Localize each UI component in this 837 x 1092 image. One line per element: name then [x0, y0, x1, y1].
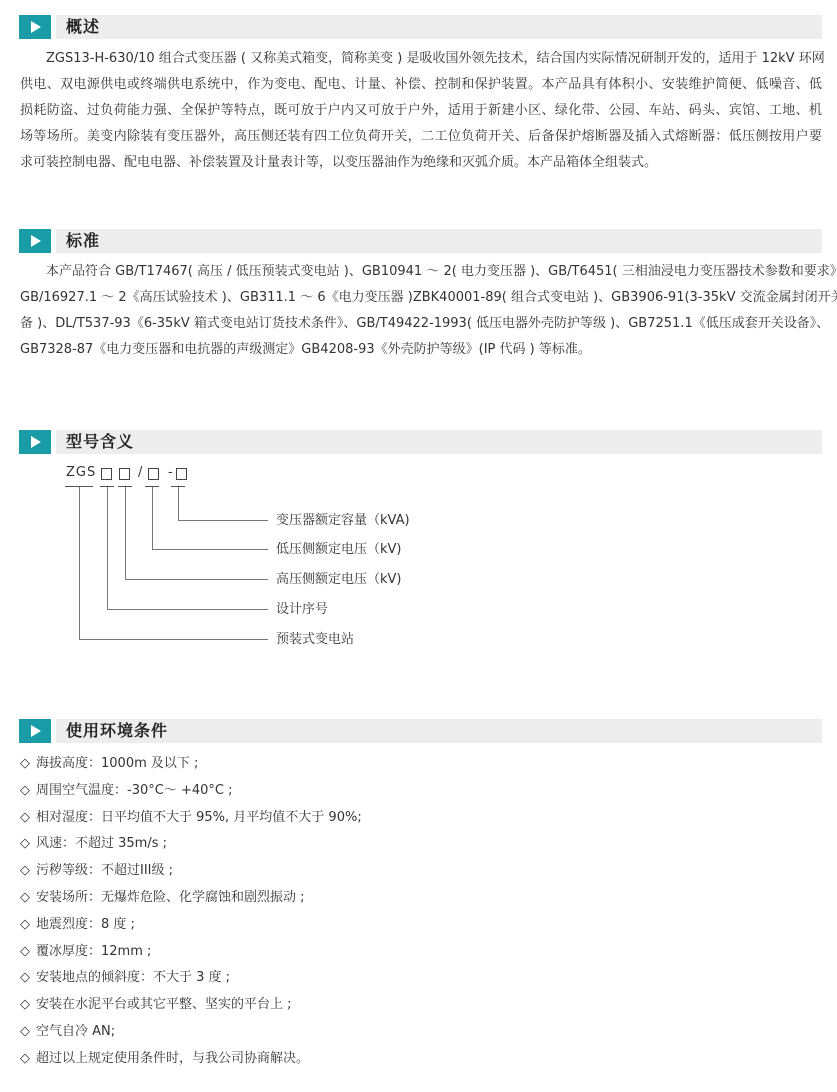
- paragraph-line: 场等场所。美变内除装有变压器外，高压侧还装有四工位负荷开关，二工位负荷开关、后备…: [20, 124, 822, 150]
- paragraph-line: 损耗防盗、过负荷能力强、全保护等特点，既可放于户内又可放于户外，适用于新建小区、…: [20, 98, 822, 124]
- legend-design-serial: 设计序号: [276, 601, 328, 619]
- section-title: 标准: [66, 230, 100, 252]
- header-bar: [56, 229, 822, 253]
- paragraph-line: 供电、双电源供电或终端供电系统中，作为变电、配电、计量、补偿、控制和保护装置。本…: [20, 72, 822, 98]
- header-bar: [56, 430, 822, 454]
- connector-line: [152, 549, 268, 550]
- conditions-list: ◇海拔高度：1000m 及以下 ; ◇周围空气温度：-30°C～ +40°C ;…: [20, 751, 822, 1073]
- placeholder-box-icon: [101, 468, 112, 480]
- list-item-text: 安装在水泥平台或其它平整、坚实的平台上 ;: [36, 997, 292, 1012]
- section-header-overview: 概述: [19, 15, 822, 39]
- header-bar: [56, 719, 822, 743]
- list-item-text: 海拔高度：1000m 及以下 ;: [36, 756, 198, 771]
- list-item-text: 污秽等级：不超过III级 ;: [36, 863, 173, 878]
- diamond-bullet-icon: ◇: [20, 778, 34, 805]
- list-item-text: 覆冰厚度：12mm ;: [36, 944, 151, 959]
- list-item: ◇风速：不超过 35m/s ;: [20, 831, 822, 858]
- list-item-text: 风速：不超过 35m/s ;: [36, 836, 167, 851]
- list-item-text: 周围空气温度：-30°C～ +40°C ;: [36, 783, 232, 798]
- paragraph-line: 求可装控制电器、配电电器、补偿装置及计量表计等，以变压器油作为绝缘和灭弧介质。本…: [20, 150, 822, 176]
- diamond-bullet-icon: ◇: [20, 1019, 34, 1046]
- section-header-model-meaning: 型号含义: [19, 430, 822, 454]
- placeholder-box-icon: [176, 468, 187, 480]
- diamond-bullet-icon: ◇: [20, 751, 34, 778]
- list-item-text: 安装地点的倾斜度：不大于 3 度 ;: [36, 970, 230, 985]
- section-title: 概述: [66, 16, 100, 38]
- model-code-slash: /: [138, 463, 143, 483]
- paragraph-line: ZGS13-H-630/10 组合式变压器 ( 又称美式箱变，简称美变 ) 是吸…: [20, 46, 822, 72]
- diamond-bullet-icon: ◇: [20, 912, 34, 939]
- list-item: ◇安装场所：无爆炸危险、化学腐蚀和剧烈振动 ;: [20, 885, 822, 912]
- placeholder-box-icon: [148, 468, 159, 480]
- overview-paragraph: ZGS13-H-630/10 组合式变压器 ( 又称美式箱变，简称美变 ) 是吸…: [20, 46, 822, 176]
- connector-line: [125, 487, 126, 580]
- diamond-bullet-icon: ◇: [20, 1046, 34, 1073]
- list-item: ◇海拔高度：1000m 及以下 ;: [20, 751, 822, 778]
- connector-line: [79, 639, 268, 640]
- legend-high-voltage: 高压侧额定电压（kV): [276, 571, 402, 589]
- model-code-prefix: ZGS: [66, 463, 96, 483]
- paragraph-line: GB7328-87《电力变压器和电抗器的声级测定》GB4208-93《外壳防护等…: [20, 337, 822, 363]
- header-bar: [56, 15, 822, 39]
- diamond-bullet-icon: ◇: [20, 858, 34, 885]
- list-item-text: 安装场所：无爆炸危险、化学腐蚀和剧烈振动 ;: [36, 890, 305, 905]
- list-item-text: 相对湿度：日平均值不大于 95%, 月平均值不大于 90%;: [36, 810, 362, 825]
- diamond-bullet-icon: ◇: [20, 992, 34, 1019]
- play-arrow-icon: [19, 719, 51, 743]
- play-arrow-icon: [19, 229, 51, 253]
- connector-line: [152, 487, 153, 550]
- connector-line: [79, 487, 80, 640]
- list-item: ◇相对湿度：日平均值不大于 95%, 月平均值不大于 90%;: [20, 805, 822, 832]
- diamond-bullet-icon: ◇: [20, 805, 34, 832]
- play-arrow-icon: [19, 15, 51, 39]
- paragraph-line: 本产品符合 GB/T17467( 高压 / 低压预装式变电站 )、GB10941…: [20, 259, 822, 285]
- list-item: ◇地震烈度：8 度 ;: [20, 912, 822, 939]
- legend-rated-capacity: 变压器额定容量（kVA): [276, 512, 410, 530]
- list-item: ◇污秽等级：不超过III级 ;: [20, 858, 822, 885]
- paragraph-line: 备 )、DL/T537-93《6-35kV 箱式变电站订货技术条件》、GB/T4…: [20, 311, 822, 337]
- section-title: 使用环境条件: [66, 720, 168, 742]
- connector-line: [107, 487, 108, 610]
- connector-line: [107, 609, 268, 610]
- legend-prefab-substation: 预装式变电站: [276, 631, 354, 649]
- list-item: ◇覆冰厚度：12mm ;: [20, 939, 822, 966]
- list-item: ◇安装在水泥平台或其它平整、坚实的平台上 ;: [20, 992, 822, 1019]
- list-item-text: 超过以上规定使用条件时，与我公司协商解决。: [36, 1051, 309, 1066]
- connector-line: [125, 579, 268, 580]
- connector-line: [178, 520, 268, 521]
- play-arrow-icon: [19, 430, 51, 454]
- standards-paragraph: 本产品符合 GB/T17467( 高压 / 低压预装式变电站 )、GB10941…: [20, 259, 822, 363]
- diamond-bullet-icon: ◇: [20, 965, 34, 992]
- legend-low-voltage: 低压侧额定电压（kV): [276, 541, 402, 559]
- list-item-text: 地震烈度：8 度 ;: [36, 917, 135, 932]
- section-header-conditions: 使用环境条件: [19, 719, 822, 743]
- list-item-text: 空气自冷 AN;: [36, 1024, 115, 1039]
- list-item: ◇空气自冷 AN;: [20, 1019, 822, 1046]
- list-item: ◇周围空气温度：-30°C～ +40°C ;: [20, 778, 822, 805]
- diamond-bullet-icon: ◇: [20, 939, 34, 966]
- list-item: ◇安装地点的倾斜度：不大于 3 度 ;: [20, 965, 822, 992]
- placeholder-box-icon: [119, 468, 130, 480]
- connector-line: [178, 487, 179, 521]
- diamond-bullet-icon: ◇: [20, 885, 34, 912]
- list-item: ◇超过以上规定使用条件时，与我公司协商解决。: [20, 1046, 822, 1073]
- paragraph-line: GB/16927.1 ～ 2《高压试验技术 )、GB311.1 ～ 6《电力变压…: [20, 285, 822, 311]
- section-header-standards: 标准: [19, 229, 822, 253]
- diamond-bullet-icon: ◇: [20, 831, 34, 858]
- section-title: 型号含义: [66, 431, 134, 453]
- model-code-dash: -: [168, 463, 174, 483]
